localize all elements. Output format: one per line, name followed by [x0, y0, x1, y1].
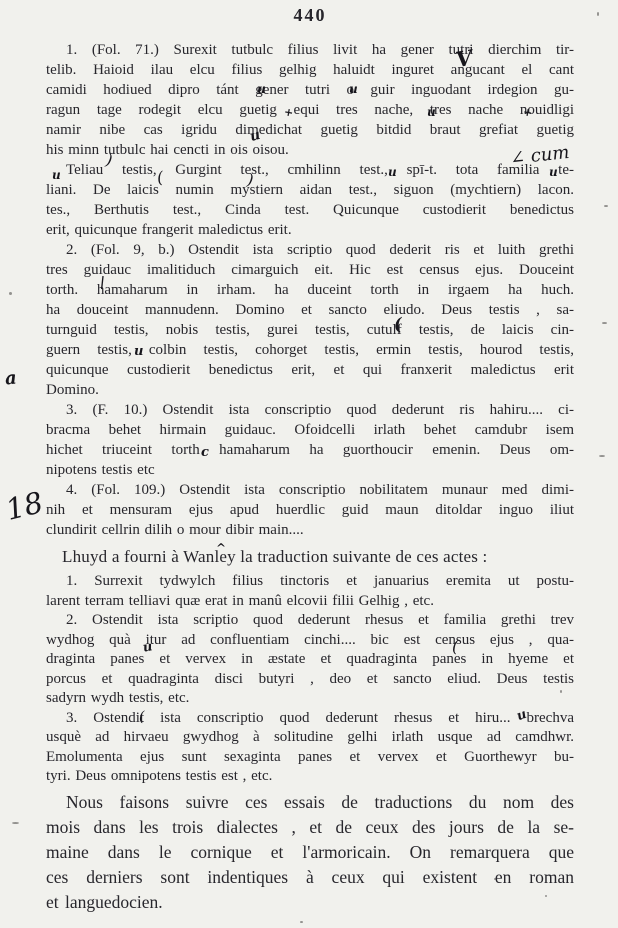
text-line: liani. De laicis numin mystiern aidan te…	[46, 180, 574, 200]
text-line: his minn tutbulc hai cencti in ois oisou…	[46, 140, 574, 160]
text-line: draginta panes et vervex in æstate et qu…	[46, 650, 574, 670]
text-line: Domino.	[46, 380, 574, 400]
text-line: usquè ad hirvaeu gwydhog à solitudine ge…	[46, 728, 574, 748]
paragraph-act-4: 4. (Fol. 109.) Ostendit ista conscriptio…	[46, 480, 574, 540]
closing-paragraph: Nous faisons suivre ces essais de traduc…	[46, 790, 574, 915]
handwritten-annotation: a	[4, 370, 17, 389]
text-line: clundirit cellrin dilih o mour dibir mai…	[46, 520, 574, 540]
text-line: 1. (Fol. 71.) Surexit tutbulc filius liv…	[46, 40, 574, 60]
text-line: Teliau testis, Gurgint test., cmhilinn t…	[46, 160, 574, 180]
text-line: turnguid testis, nobis testis, gurei tes…	[46, 320, 574, 340]
text-line: larent terram telliavi quæ erat in manû …	[46, 592, 574, 612]
scan-speck	[604, 205, 608, 207]
paragraph-act-3: 3. (F. 10.) Ostendit ista conscriptio qu…	[46, 400, 574, 480]
text-line: guern testis, colbin testis, cohorget te…	[46, 340, 574, 360]
scan-speck	[494, 878, 496, 880]
text-line: porcus et quadraginta disci butyri , deo…	[46, 670, 574, 690]
text-line: telib. Haioid ilau elcu filius gelhig ha…	[46, 60, 574, 80]
text-line: torth. hamaharum in irham. ha duceint to…	[46, 280, 574, 300]
text-line: 1. Surrexit tydwylch filius tinctoris et…	[46, 572, 574, 592]
section-heading: Lhuyd a fourni à Wanley la traduction su…	[46, 545, 574, 569]
scan-speck	[545, 895, 547, 897]
text-line: hichet triuceint torth hamaharum ha guor…	[46, 440, 574, 460]
text-line: tes., Berthutis test., Cinda test. Quicu…	[46, 200, 574, 220]
text-line: ragun tage rodegit elcu guetig equi tres…	[46, 100, 574, 120]
text-line: 3. (F. 10.) Ostendit ista conscriptio qu…	[46, 400, 574, 420]
text-line: tres guidauc imalitiduch cimarguich eit.…	[46, 260, 574, 280]
text-line: ha douceint mannudenn. Domino et sancto …	[46, 300, 574, 320]
scan-speck	[597, 12, 599, 16]
handwritten-annotation: 18	[3, 488, 46, 525]
scan-speck	[560, 690, 562, 693]
text-line: nipotens testis etc	[46, 460, 574, 480]
text-line: 4. (Fol. 109.) Ostendit ista conscriptio…	[46, 480, 574, 500]
scan-speck	[599, 455, 605, 457]
paragraph-act-1: 1. (Fol. 71.) Surexit tutbulc filius liv…	[46, 40, 574, 160]
text-line: camidi hodiued dipro tánt gener tutri o …	[46, 80, 574, 100]
text-line: tyri. Deus omnipotens testis est , etc.	[46, 767, 574, 787]
text-line: 3. Ostendit ista conscriptio quod dederu…	[46, 709, 574, 729]
text-line: bracma behet hirmain guidauc. Ofoidcelli…	[46, 420, 574, 440]
text-line: nih et mensuram ejus apud huerdlic guid …	[46, 500, 574, 520]
translation-3: 3. Ostendit ista conscriptio quod dederu…	[46, 709, 574, 787]
translation-2: 2. Ostendit ista scriptio quod dederunt …	[46, 611, 574, 709]
text-line: Nous faisons suivre ces essais de traduc…	[46, 790, 574, 815]
text-line: namir nibe cas igridu dimedichat guetig …	[46, 120, 574, 140]
text-line: mois dans les trois dialectes , et de ce…	[46, 815, 574, 840]
text-line: maine dans le cornique et l'armoricain. …	[46, 840, 574, 865]
scan-speck	[9, 292, 12, 295]
text-line: sadyrn wydh testis, etc.	[46, 689, 574, 709]
paragraph-act-2: 2. (Fol. 9, b.) Ostendit ista scriptio q…	[46, 240, 574, 400]
scan-speck	[602, 322, 607, 324]
text-line: ces derniers sont indentiques à ceux qui…	[46, 865, 574, 890]
text-line: 2. Ostendit ista scriptio quod dederunt …	[46, 611, 574, 631]
text-line: quicunque custodierit benedictus erit, e…	[46, 360, 574, 380]
text-line: erit, quicunque frangerit maledictus eri…	[46, 220, 574, 240]
text-line: Emolumenta ejus sunt sexaginta panes et …	[46, 748, 574, 768]
text-column: 440 1. (Fol. 71.) Surexit tutbulc filius…	[46, 0, 574, 915]
text-line: et languedocien.	[46, 890, 574, 915]
scanned-book-page: 440 1. (Fol. 71.) Surexit tutbulc filius…	[0, 0, 618, 928]
scan-speck	[12, 822, 19, 824]
paragraph-witnesses: Teliau testis, Gurgint test., cmhilinn t…	[46, 160, 574, 240]
text-line: 2. (Fol. 9, b.) Ostendit ista scriptio q…	[46, 240, 574, 260]
translation-1: 1. Surrexit tydwylch filius tinctoris et…	[46, 572, 574, 611]
page-number: 440	[46, 5, 574, 25]
scan-speck	[300, 921, 303, 923]
text-line: wydhog quà itur ad confluentiam cinchi..…	[46, 631, 574, 651]
